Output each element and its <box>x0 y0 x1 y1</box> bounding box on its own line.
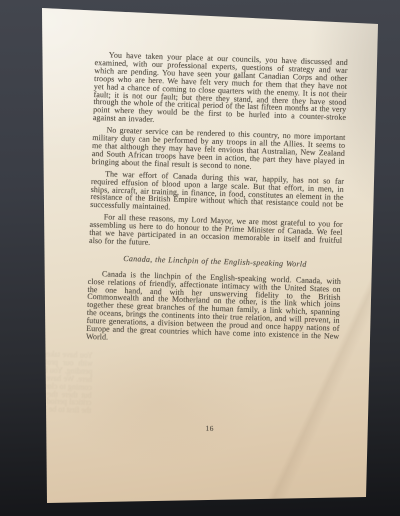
body-paragraph-1: You have taken your place at our council… <box>93 51 348 130</box>
body-paragraph-2: No greater service can be rendered to th… <box>91 126 345 173</box>
section-heading: Canada, the Linchpin of the English-spea… <box>88 254 341 270</box>
show-through-text: You have taken your place at our council… <box>0 344 93 415</box>
photo-backdrop: You have taken your place at our council… <box>0 0 400 516</box>
body-paragraph-4: For all these reasons, my Lord Mayor, we… <box>89 213 343 253</box>
page-number: 16 <box>83 421 336 437</box>
scanned-page: You have taken your place at our council… <box>0 0 400 516</box>
body-paragraph-5: Canada is the linchpin of the English-sp… <box>86 270 341 349</box>
page-text-block: You have taken your place at our council… <box>83 51 348 437</box>
body-paragraph-3: The war effort of Canada during this war… <box>90 170 344 217</box>
show-through-line-block: You have taken your place at our council… <box>0 344 93 415</box>
